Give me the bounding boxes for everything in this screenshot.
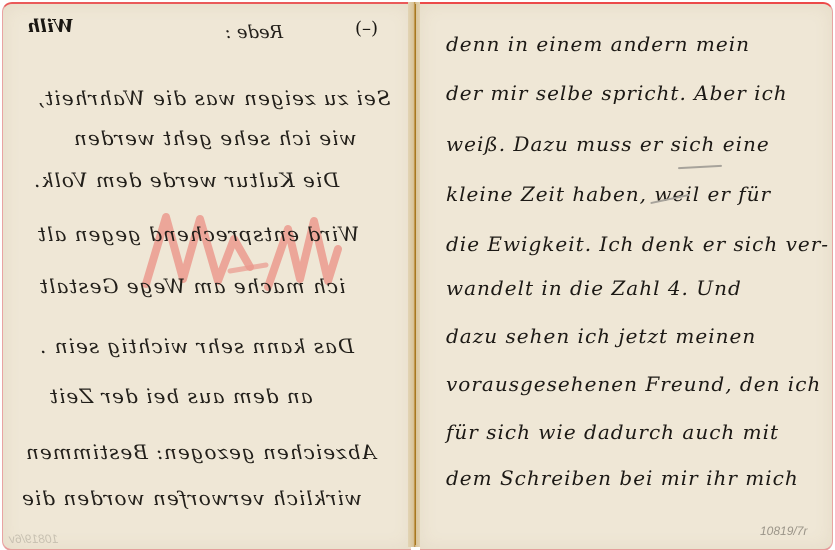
right-line-10: dem Schreiben bei mir ihr mich [446,466,799,490]
binding-thread [415,4,416,545]
left-line-6: Das kann sehr wichtig sein . [39,334,354,358]
left-line-1: Sei zu zeigen was die Wahrheit, [37,86,390,110]
left-line-7: an dem aus bei der Zeit [49,384,313,408]
right-line-7: dazu sehen ich jetzt meinen [446,324,756,348]
page-marker: (–) [355,18,378,39]
right-line-3: weiß. Dazu muss er sich eine [446,132,770,156]
left-line-3: Die Kultur werde dem Volk. [33,168,339,192]
notebook-spread: Wilh Rede : (–) Sei zu zeigen was die Wa… [0,0,835,550]
catalog-number-left: 10819/6v [9,532,58,546]
right-line-4: kleine Zeit haben, weil er für [446,182,771,206]
header-word-text: Rede : [225,22,283,43]
pencil-underline [678,165,722,169]
left-line-8: Abzeichen gezogen: Bestimmen [25,440,376,464]
header-word: Rede : [225,22,283,43]
left-line-5: ich mache am Wege Gestalt [39,274,345,298]
header-initials-text: Wilh [27,16,74,37]
right-line-8: vorausgesehenen Freund, den ich [446,372,821,396]
left-line-9: wirklich verworfen worden die [21,486,362,510]
left-page: Wilh Rede : (–) Sei zu zeigen was die Wa… [2,2,411,550]
left-line-4: Wird entsprechend gegen alt [37,222,359,246]
right-line-9: für sich wie dadurch auch mit [446,420,779,444]
header-initials: Wilh [27,16,74,37]
right-line-1: denn in einem andern mein [446,32,750,56]
right-page: denn in einem andern mein der mir selbe … [420,2,833,550]
catalog-number-right: 10819/7r [760,524,807,538]
left-line-2: wie ich sehe geht werden [73,126,357,150]
right-line-6: wandelt in die Zahl 4. Und [446,276,742,300]
right-line-2: der mir selbe spricht. Aber ich [446,81,788,105]
right-line-5: die Ewigkeit. Ich denk er sich ver- [446,232,829,256]
